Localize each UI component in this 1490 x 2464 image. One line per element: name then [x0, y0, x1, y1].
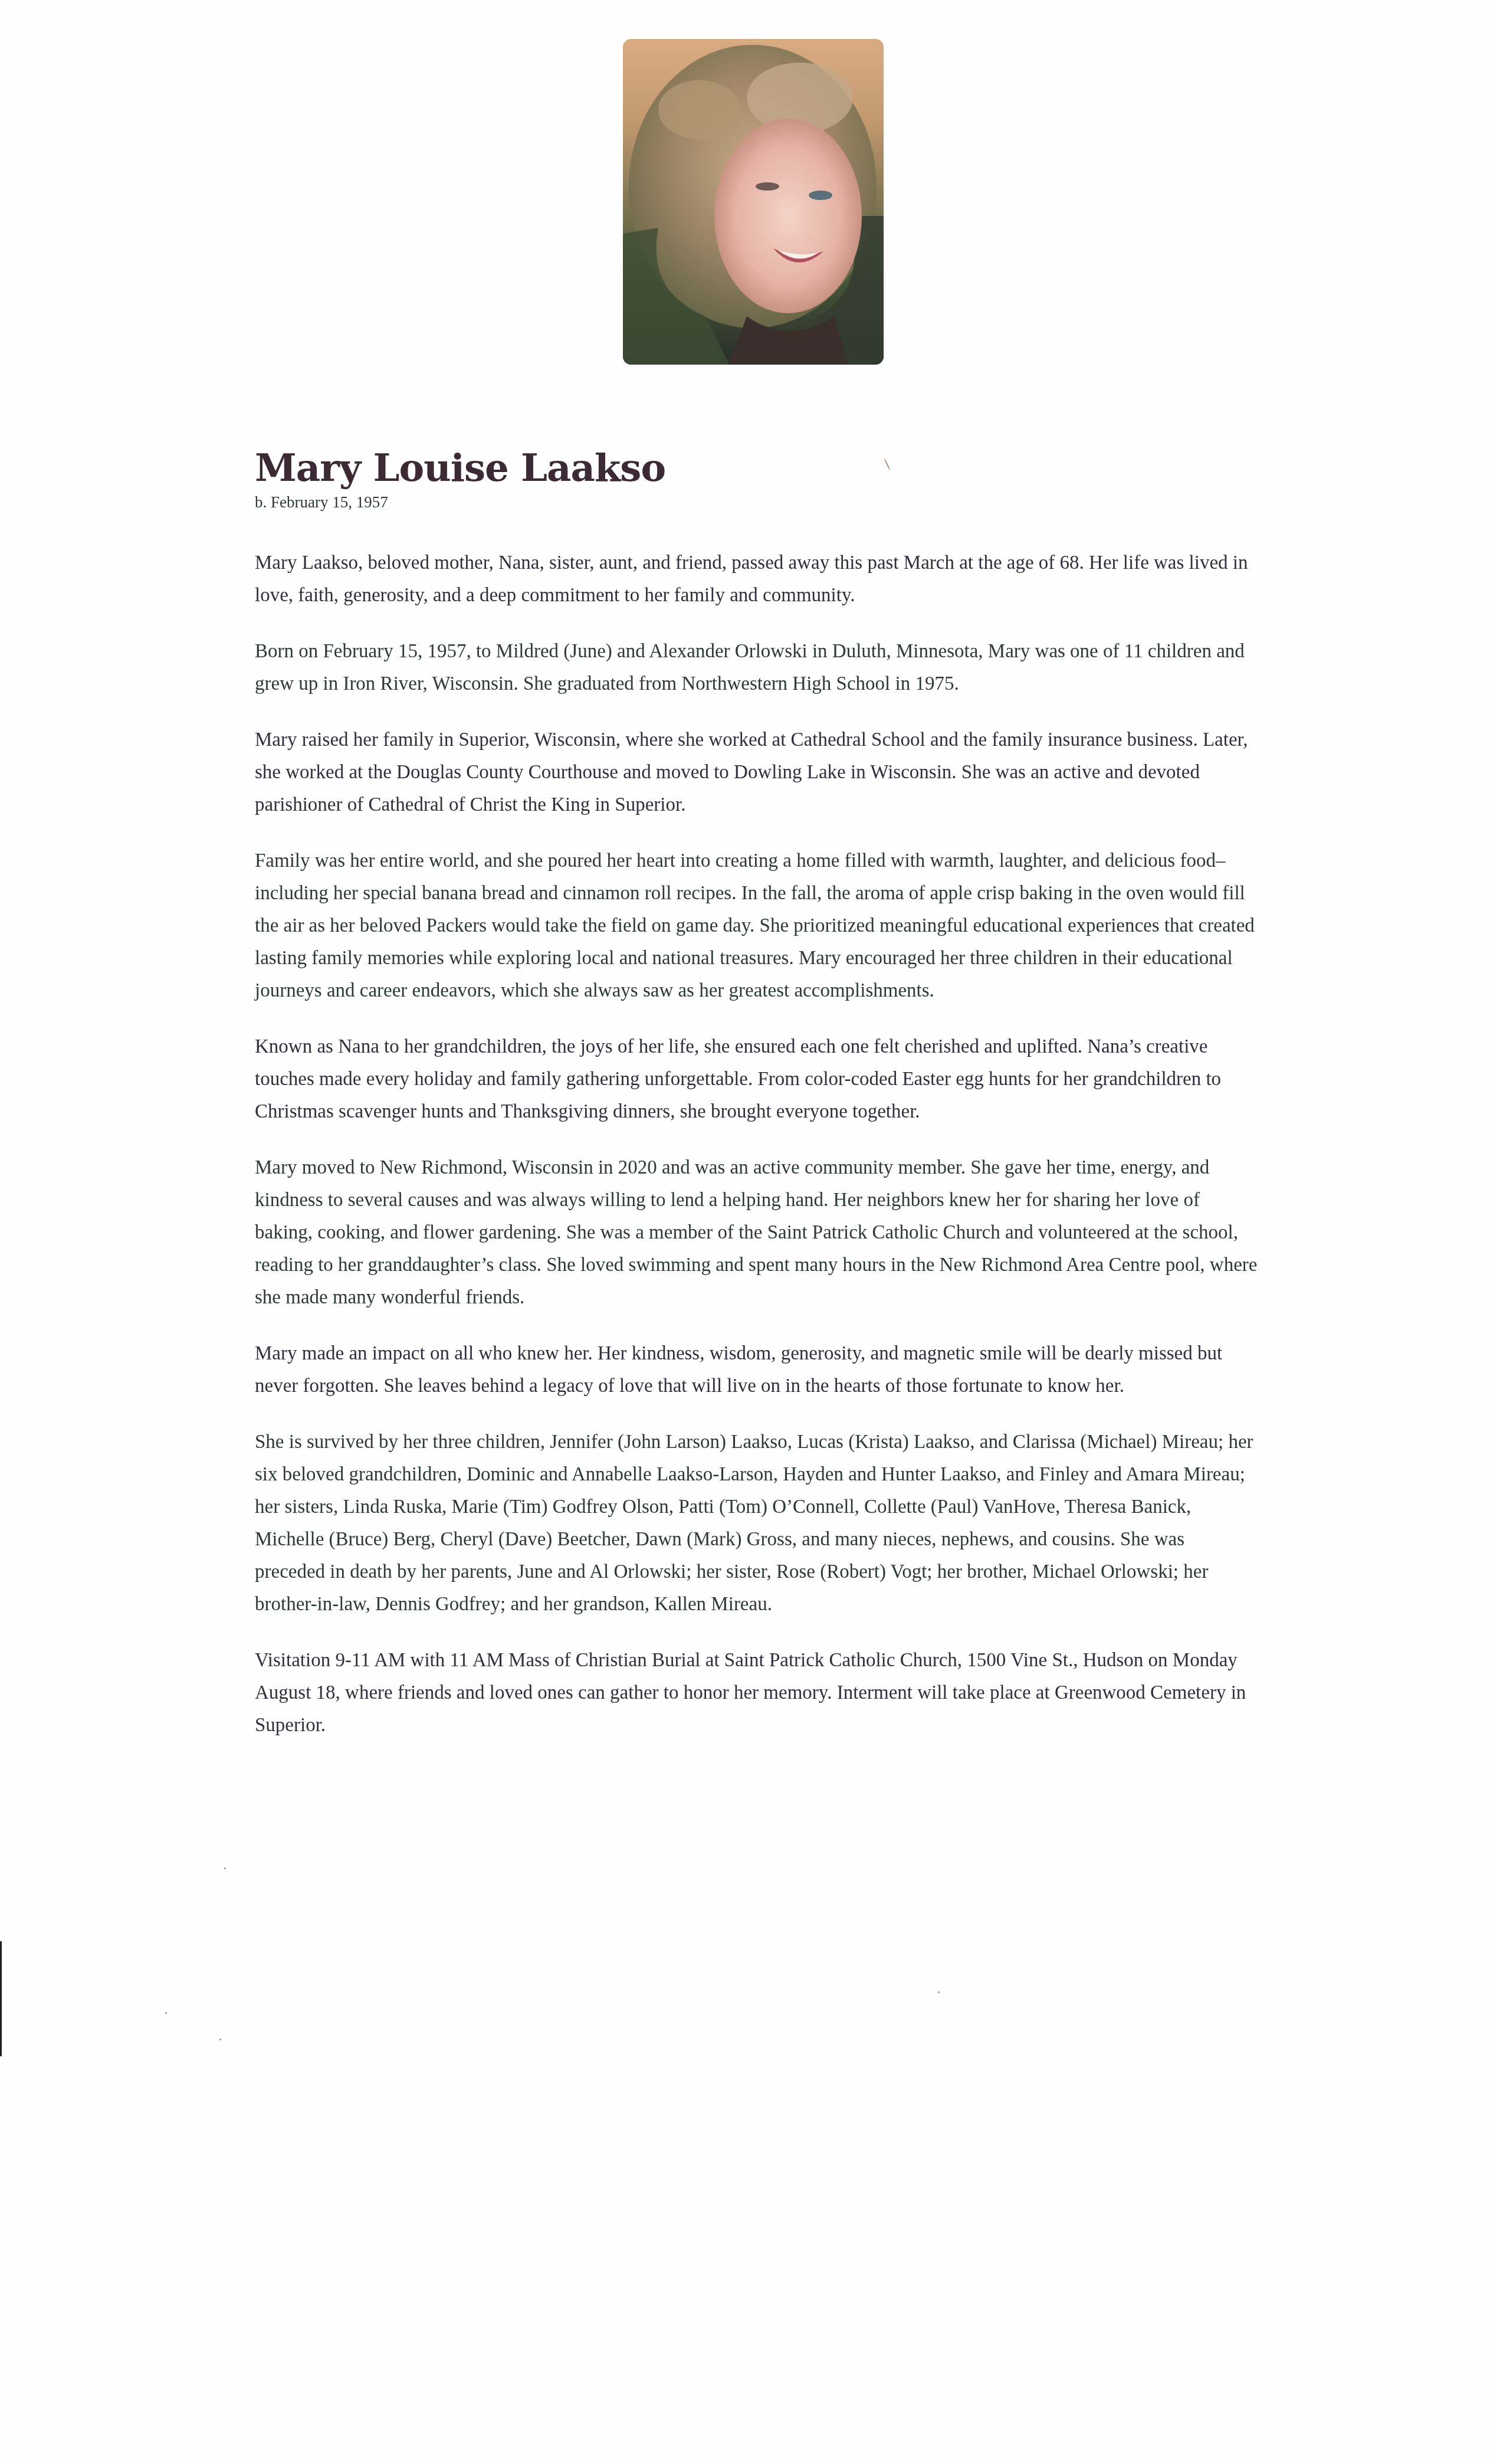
scan-edge-mark	[0, 1941, 2, 2056]
deceased-name: Mary Louise Laakso	[255, 450, 1258, 487]
obituary-content: Mary Louise Laakso b. February 15, 1957 …	[255, 450, 1258, 1765]
paragraph-community: Mary moved to New Richmond, Wisconsin in…	[255, 1152, 1258, 1314]
scan-speck	[219, 2039, 221, 2040]
scan-speck	[938, 1991, 940, 1993]
paragraph-legacy: Mary made an impact on all who knew her.…	[255, 1338, 1258, 1403]
scan-speck	[224, 1867, 226, 1869]
paragraph-early-life: Born on February 15, 1957, to Mildred (J…	[255, 635, 1258, 700]
paragraph-nana: Known as Nana to her grandchildren, the …	[255, 1031, 1258, 1128]
paragraph-career: Mary raised her family in Superior, Wisc…	[255, 724, 1258, 821]
paragraph-intro: Mary Laakso, beloved mother, Nana, siste…	[255, 547, 1258, 612]
obituary-body: Mary Laakso, beloved mother, Nana, siste…	[255, 547, 1258, 1742]
portrait-photo-icon	[623, 39, 884, 365]
scan-speck	[165, 2012, 167, 2014]
paragraph-survivors: She is survived by her three children, J…	[255, 1426, 1258, 1621]
paragraph-family: Family was her entire world, and she pou…	[255, 845, 1258, 1007]
paragraph-services: Visitation 9-11 AM with 11 AM Mass of Ch…	[255, 1644, 1258, 1742]
birth-date: b. February 15, 1957	[255, 493, 1258, 512]
portrait-photo	[623, 39, 884, 365]
